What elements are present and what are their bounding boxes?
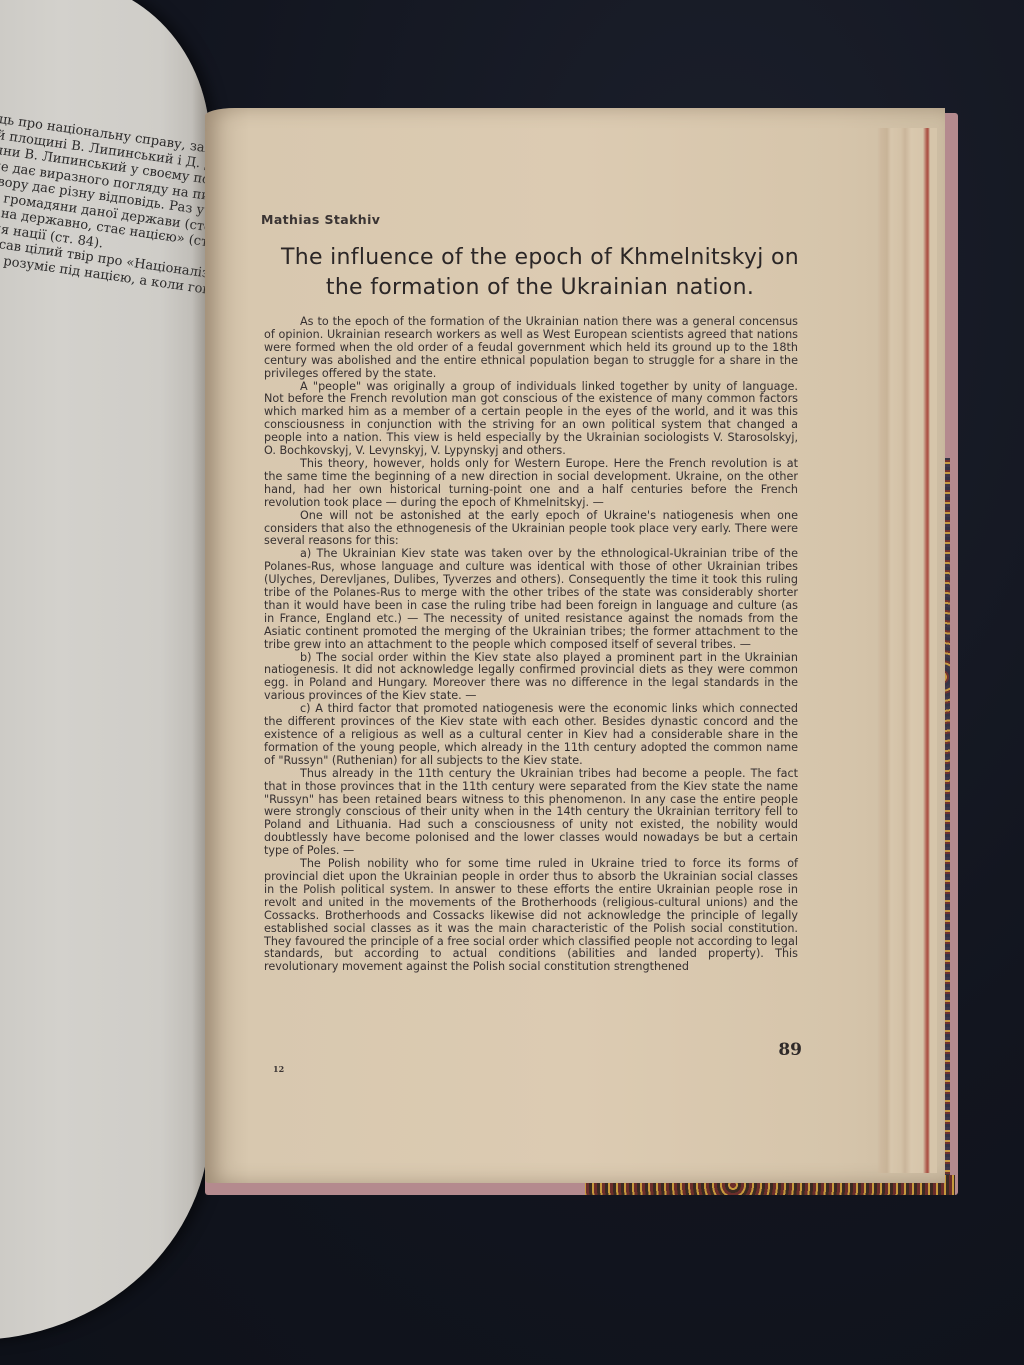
paragraph: This theory, however, holds only for Wes… [264,458,798,510]
title-line-2: the formation of the Ukrainian nation. [255,273,825,303]
left-page: ць про національну справу, зайнялись й п… [0,0,210,1340]
paragraph-point-b: b) The social order within the Kiev stat… [264,652,798,704]
page-block-edges [877,128,937,1173]
article-title: The influence of the epoch of Khmelnitsk… [255,243,825,303]
paragraph: The Polish nobility who for some time ru… [264,858,798,974]
title-line-1: The influence of the epoch of Khmelnitsk… [255,243,825,273]
paragraph: As to the epoch of the formation of the … [264,316,798,381]
paragraph-point-c: c) A third factor that promoted natiogen… [264,703,798,768]
paragraph: Thus already in the 11th century the Ukr… [264,768,798,858]
signature-mark: 12 [273,1064,284,1074]
article-author: Mathias Stakhiv [261,212,380,227]
paragraph: One will not be astonished at the early … [264,510,798,549]
paragraph-point-a: a) The Ukrainian Kiev state was taken ov… [264,548,798,651]
paragraph: A "people" was originally a group of ind… [264,381,798,458]
article-body: As to the epoch of the formation of the … [264,316,798,974]
page-number: 89 [760,1040,802,1060]
left-page-text: ць про національну справу, зайнялись й п… [0,112,210,313]
